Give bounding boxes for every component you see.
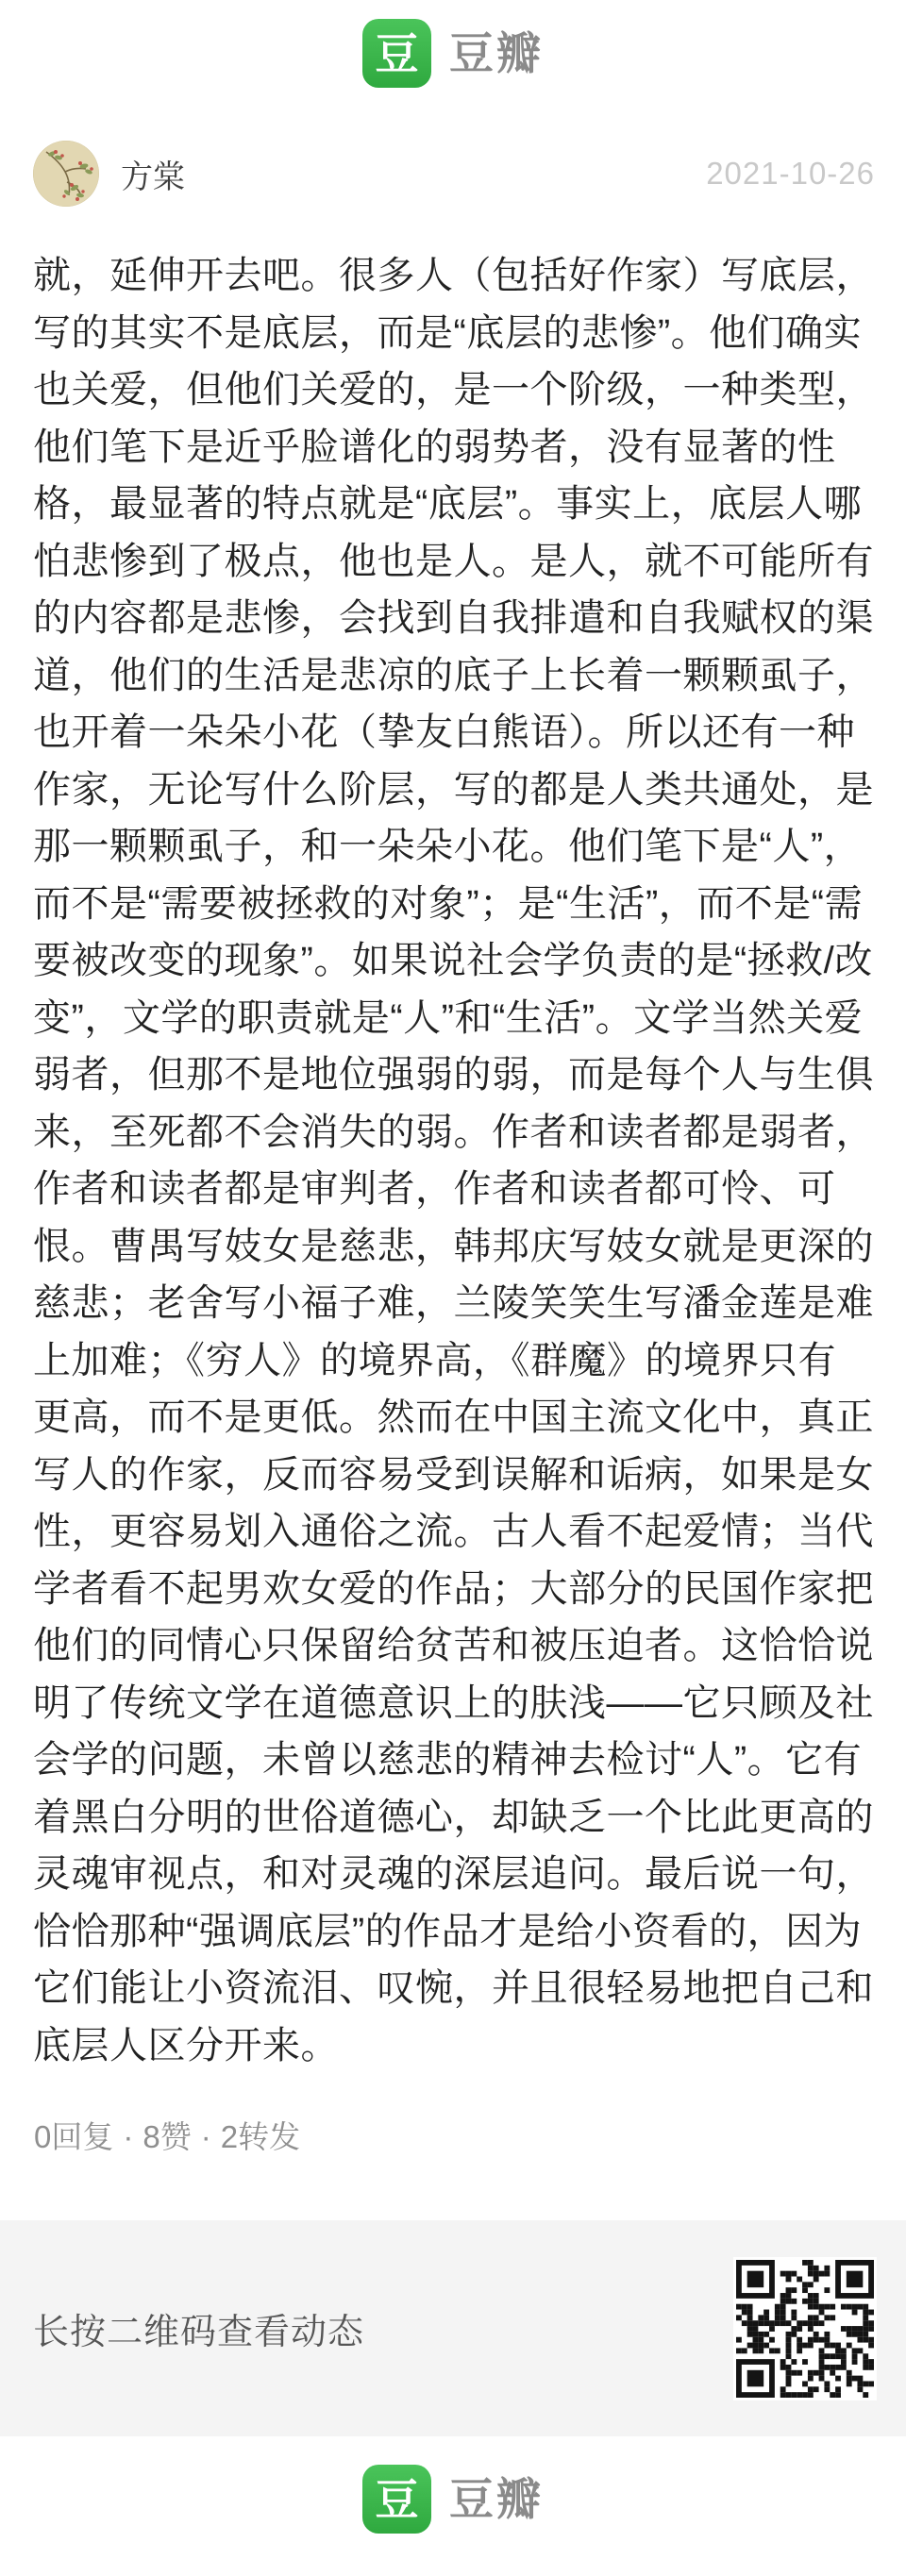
douban-wordmark: 豆瓣 (449, 31, 544, 75)
post-content: 就，延伸开去吧。很多人（包括好作家）写底层， 写的其实不是底层，而是“底层的悲惨… (33, 247, 906, 2083)
stats-row: 0回复·8赞·2转发 (34, 2118, 300, 2156)
douban-share-card: 豆 豆瓣 (0, 0, 906, 2576)
replies-count: 0回复 (34, 2119, 113, 2154)
post-date: 2021-10-26 (706, 156, 875, 192)
douban-logo-glyph: 豆 (376, 32, 419, 75)
stats-separator: · (123, 2119, 133, 2154)
qr-panel: 长按二维码查看动态 (0, 2220, 906, 2436)
reposts-count: 2转发 (221, 2119, 300, 2154)
douban-logo-glyph: 豆 (376, 2478, 419, 2521)
header-logo: 豆 豆瓣 (0, 19, 906, 88)
likes-count: 8赞 (143, 2119, 191, 2154)
douban-logo-icon: 豆 (362, 19, 431, 88)
douban-logo-icon: 豆 (362, 2465, 431, 2534)
avatar (33, 141, 99, 207)
stats-separator: · (201, 2119, 211, 2154)
qr-code (733, 2257, 877, 2400)
qr-caption: 长按二维码查看动态 (33, 2302, 364, 2354)
user-row: 方棠 2021-10-26 (33, 140, 875, 208)
douban-wordmark: 豆瓣 (449, 2477, 544, 2521)
footer-logo: 豆 豆瓣 (0, 2465, 906, 2534)
user-name: 方棠 (121, 151, 185, 197)
